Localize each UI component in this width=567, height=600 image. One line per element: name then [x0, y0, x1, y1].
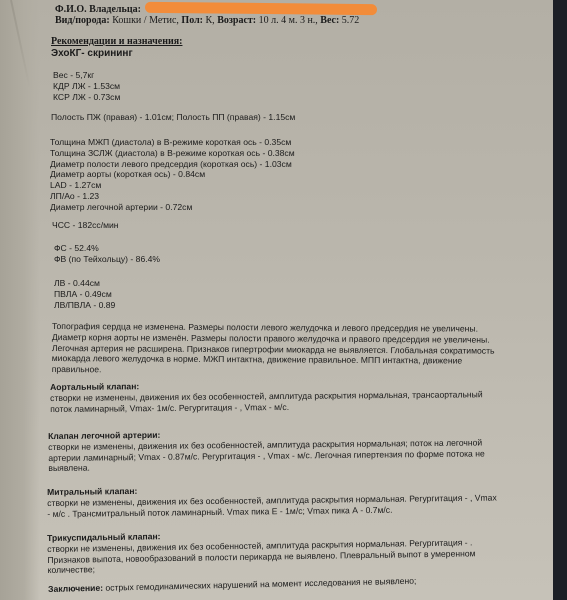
- measurements-right-heart: Полость ПЖ (правая) - 1.01см; Полость ПП…: [51, 112, 295, 123]
- owner-label: Ф.И.О. Владельца:: [55, 4, 141, 15]
- measurements-hr: ЧСС - 182сс/мин: [52, 220, 119, 231]
- weight-value: 5.72: [342, 15, 360, 26]
- measurement-fs: ФС - 52.4%: [54, 243, 160, 254]
- measurement-lvpw: Толщина ЗСЛЖ (диастола) в В-режиме корот…: [50, 148, 295, 159]
- owner-name-redaction: [145, 2, 377, 15]
- sex-value: К,: [206, 15, 215, 26]
- measurements-function: ФС - 52.4% ФВ (по Тейхольцу) - 86.4%: [54, 243, 160, 265]
- conclusion: Заключение: острых гемодинамических нару…: [48, 576, 416, 595]
- measurement-lv-pvla: ЛВ/ПВЛА - 0.89: [54, 300, 115, 311]
- recommendations-title: Рекомендации и назначения:: [51, 37, 182, 48]
- measurement-pa: Диаметр легочной артерии - 0.72см: [50, 202, 295, 213]
- measurement-heart-rate: ЧСС - 182сс/мин: [52, 220, 119, 231]
- measurement-lv-edd: КДР ЛЖ - 1.53см: [53, 81, 120, 92]
- age-label: Возраст:: [217, 15, 256, 26]
- measurements-flow: ЛВ - 0.44см ПВЛА - 0.49см ЛВ/ПВЛА - 0.89: [54, 278, 115, 310]
- measurement-weight: Вес - 5,7кг: [53, 70, 120, 81]
- measurements-bmode: Толщина МЖП (диастола) в В-режиме коротк…: [50, 137, 295, 213]
- echo-report: Ф.И.О. Владельца: Вид/порода: Кошки / Ме…: [0, 0, 553, 600]
- valve-pulmonary: Клапан легочной артерии: створки не изме…: [48, 426, 485, 474]
- valve-mitral: Митральный клапан: створки не изменены, …: [47, 482, 497, 520]
- measurement-lv-esd: КСР ЛЖ - 0.73см: [53, 92, 120, 103]
- measurement-ef: ФВ (по Тейхольцу) - 86.4%: [54, 254, 160, 265]
- patient-line: Вид/порода: Кошки / Метис, Пол: К, Возра…: [55, 16, 359, 27]
- topography-paragraph: Топография сердца не изменена. Размеры п…: [52, 321, 495, 378]
- conclusion-text: острых гемодинамических нарушений на мом…: [105, 576, 416, 593]
- exam-type: ЭхоКГ- скрининг: [51, 49, 133, 60]
- measurement-pvla: ПВЛА - 0.49см: [54, 289, 115, 300]
- measurement-la-ao: ЛП/Ао - 1.23: [50, 191, 295, 202]
- measurement-aorta: Диаметр аорты (короткая ось) - 0.84см: [50, 169, 295, 180]
- weight-label: Вес:: [320, 15, 339, 26]
- species-value: Кошки / Метис,: [112, 15, 179, 26]
- document-paper: Ф.И.О. Владельца: Вид/порода: Кошки / Ме…: [0, 0, 553, 600]
- valve-tricuspid: Трикуспидальный клапан: створки не измен…: [47, 526, 476, 576]
- age-value: 10 л. 4 м. 3 н.,: [259, 15, 318, 26]
- valve-aortic: Аортальный клапан: створки не изменены, …: [50, 378, 483, 414]
- measurement-rv-ra: Полость ПЖ (правая) - 1.01см; Полость ПП…: [51, 112, 295, 123]
- species-label: Вид/порода:: [55, 15, 110, 26]
- conclusion-label: Заключение:: [48, 583, 103, 594]
- sex-label: Пол:: [181, 15, 203, 26]
- measurement-lv: ЛВ - 0.44см: [54, 278, 115, 289]
- measurements-basic: Вес - 5,7кг КДР ЛЖ - 1.53см КСР ЛЖ - 0.7…: [53, 70, 120, 102]
- measurement-lad: LAD - 1.27см: [50, 180, 295, 191]
- owner-line: Ф.И.О. Владельца:: [55, 3, 377, 16]
- measurement-ivs: Толщина МЖП (диастола) в В-режиме коротк…: [50, 137, 295, 148]
- measurement-la: Диаметр полости левого предсердия (корот…: [50, 159, 295, 170]
